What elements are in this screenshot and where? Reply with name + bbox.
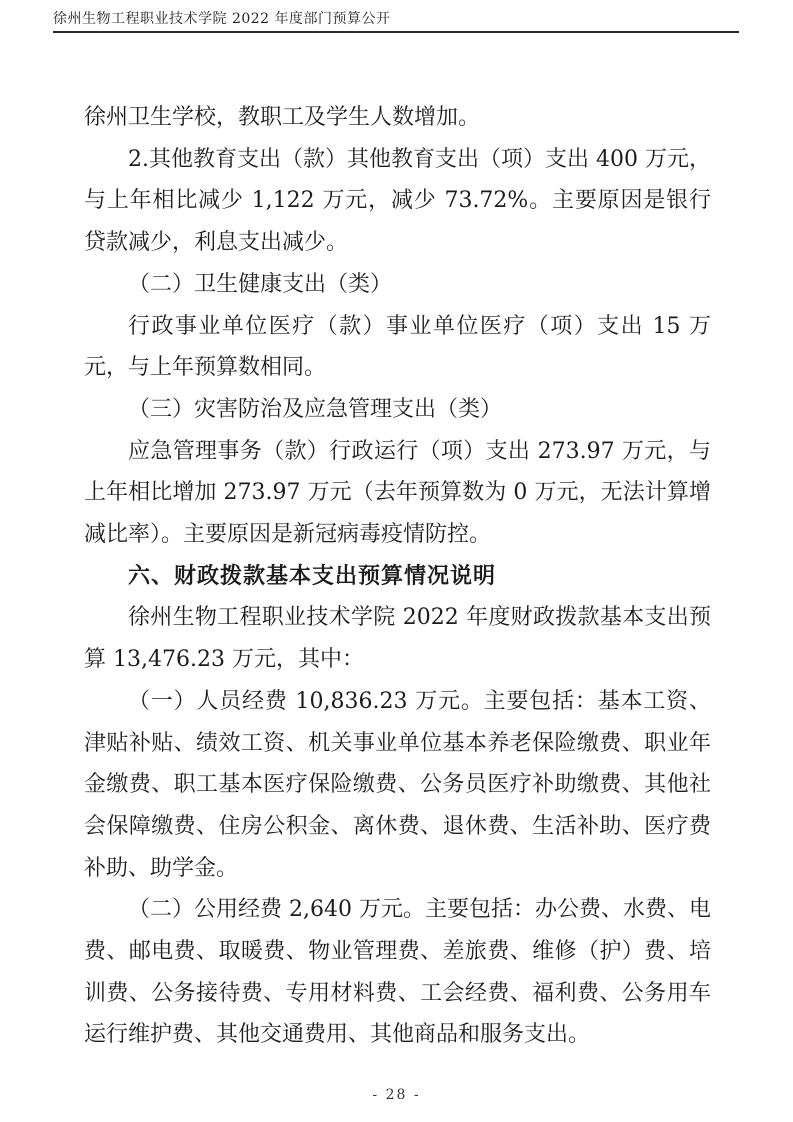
body-paragraph: （一）人员经费 10,836.23 万元。主要包括：基本工资、津贴补贴、绩效工资… <box>84 681 711 890</box>
body-paragraph: 行政事业单位医疗（款）事业单位医疗（项）支出 15 万元，与上年预算数相同。 <box>84 306 711 389</box>
body-paragraph: 徐州生物工程职业技术学院 2022 年度财政拨款基本支出预算 13,476.23… <box>84 597 711 680</box>
body-paragraph: 应急管理事务（款）行政运行（项）支出 273.97 万元，与上年相比增加 273… <box>84 431 711 556</box>
page-header: 徐州生物工程职业技术学院 2022 年度部门预算公开 <box>53 11 739 33</box>
document-body: 徐州卫生学校，教职工及学生人数增加。2.其他教育支出（款）其他教育支出（项）支出… <box>84 97 711 1056</box>
body-paragraph: 徐州卫生学校，教职工及学生人数增加。 <box>84 97 711 139</box>
page-number: - 28 - <box>372 1087 420 1103</box>
body-paragraph: （二）卫生健康支出（类） <box>84 264 711 306</box>
body-paragraph: （三）灾害防治及应急管理支出（类） <box>84 389 711 431</box>
header-title: 徐州生物工程职业技术学院 2022 年度部门预算公开 <box>53 11 739 27</box>
document-page: 徐州生物工程职业技术学院 2022 年度部门预算公开 徐州卫生学校，教职工及学生… <box>0 0 793 1122</box>
body-paragraph: （二）公用经费 2,640 万元。主要包括：办公费、水费、电费、邮电费、取暖费、… <box>84 889 711 1056</box>
body-paragraph: 2.其他教育支出（款）其他教育支出（项）支出 400 万元，与上年相比减少 1,… <box>84 139 711 264</box>
page-footer: - 28 - <box>0 1087 793 1103</box>
section-heading: 六、财政拨款基本支出预算情况说明 <box>84 556 711 598</box>
